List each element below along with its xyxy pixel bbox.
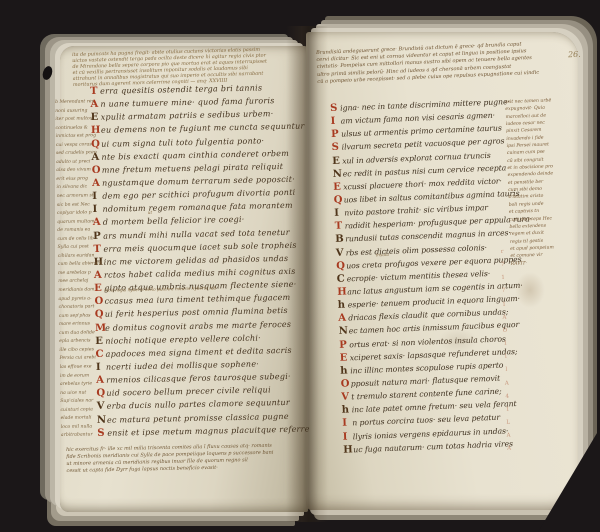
verse-text: erra quesitis ostendit terga bri tannis — [100, 83, 262, 95]
left-margin-gloss: b Merendant rexnoni ausuringiter post mu… — [55, 98, 108, 441]
verse-text: erra meis quocumque iacet sub sole troph… — [103, 240, 296, 253]
verse-initial: V — [341, 392, 349, 403]
interlinear-gloss: insula — [376, 253, 389, 258]
verse-initial: T — [90, 86, 98, 97]
gloss-line: cum bella abierunt — [58, 261, 105, 270]
margin-mark: L — [502, 417, 514, 431]
verse-initial: S — [330, 103, 338, 114]
margin-mark: A — [498, 311, 510, 325]
parchment-stain — [515, 272, 545, 308]
margin-mark: 7 — [496, 259, 508, 273]
verse-text: ars mundi mihi nulla vacat sed tota tene… — [103, 227, 290, 240]
verse-initial: E — [333, 181, 341, 192]
verse-initial: B — [335, 234, 343, 245]
verse-text: d mortem bella felicior ire coegi· — [103, 215, 245, 227]
verse-initial: E — [332, 155, 340, 166]
gutter-shadow — [286, 26, 328, 522]
margin-mark: 1 — [498, 298, 510, 312]
gloss-line: arbitrabantur — [61, 431, 108, 440]
verse-initial: N — [333, 168, 341, 179]
verse-text: e domitus cognovit arabs me marte feroce… — [105, 319, 291, 332]
verse-text: ui cum signa tuli toto fulgentia ponto· — [101, 136, 264, 148]
interlinear-gloss: ut — [148, 211, 153, 216]
verse-text: rmenios cilicasque feros taurosque subeg… — [106, 372, 291, 385]
manuscript-photo: ita de puincats ha pugna fregit· abite o… — [0, 0, 600, 532]
verse-initial: V — [336, 247, 344, 258]
verse-initial: Q — [336, 260, 344, 271]
verse-text: n uane tumuere mine· quod fama furoris — [100, 96, 274, 109]
parchment-stain — [438, 328, 478, 354]
verse-initial: C — [337, 273, 345, 284]
margin-mark: A — [502, 430, 514, 444]
left-verse-column: ut dicit regis hyberis bello pulchre mau… — [90, 81, 319, 440]
verse-initial: I — [342, 418, 350, 429]
margin-mark: 1 — [497, 272, 509, 286]
verse-text: ec matura petunt promisse classica pugne — [107, 411, 289, 424]
gloss-line: inmictas est prog — [56, 132, 103, 141]
verse-text: ndomitum regem romanaque fata morantem — [102, 201, 292, 214]
verse-initial: E — [340, 352, 348, 363]
margin-mark: r — [496, 246, 508, 260]
verse-initial: I — [334, 208, 342, 219]
verse-text: uid socero bellum precer civile reliqui — [106, 386, 271, 398]
margin-mark: O — [499, 324, 511, 338]
verse-initial: h — [338, 300, 346, 311]
margin-mark: 7 — [497, 285, 509, 299]
verse-text: ngustamque domum terrarum sede poposcit· — [102, 175, 295, 188]
verse-text: erba ducis nullo partes clamore sequuntu… — [107, 398, 290, 411]
verse-text: nte bis exacti quam cinthia conderet orb… — [101, 149, 289, 162]
verse-initial: I — [331, 116, 339, 127]
edge-clip-mark — [41, 65, 54, 81]
verse-initial: P — [339, 339, 347, 350]
margin-mark: A — [503, 443, 515, 457]
verse-text: inc me victorem gelidas ad phasidos unda… — [104, 254, 289, 267]
verse-initial: P — [331, 129, 339, 140]
verse-text: niochi notique erepto vellere colchi· — [105, 333, 261, 345]
verse-text: rctos habet calida medius mihi cognitus … — [104, 267, 296, 280]
verse-initial: H — [343, 444, 351, 455]
verse-initial: O — [341, 378, 349, 389]
verse-initial: h — [340, 365, 348, 376]
verse-text: dem ego per scithici profugum divortia p… — [102, 188, 295, 201]
margin-mark: A — [501, 377, 513, 391]
margin-mark: l — [500, 364, 512, 378]
verse-text: ensit et ipse metum magnus placuitque re… — [107, 424, 310, 437]
margin-mark: l — [500, 351, 512, 365]
verse-initial: S — [332, 142, 340, 153]
verse-text: mne fretum metuens pelagi pirata reliqui… — [102, 162, 284, 175]
verse-text: xpulit armatam patriis e sedibus urbem· — [101, 109, 274, 122]
verse-text: ccasus mea iura timent tethimque fugacem — [104, 293, 290, 306]
margin-mark: 4 — [501, 390, 513, 404]
left-bottom-gloss: hic exercitus fr· ille xc mil milia tris… — [66, 442, 313, 475]
verse-text: ncerti iudea dei mollisque sophene· — [106, 359, 259, 371]
folio-number: 26. — [568, 50, 581, 59]
verse-initial: h — [342, 405, 350, 416]
right-margin-gloss: ssit nec tamen urbēexpugnavit· Quiamarce… — [505, 97, 569, 268]
verse-initial: N — [339, 326, 347, 337]
verse-text: ui ferit hesperius post omnia flumina be… — [105, 306, 288, 319]
verse-initial: A — [338, 313, 346, 324]
margin-mark: 1 — [502, 403, 514, 417]
verse-initial: H — [337, 287, 345, 298]
verse-initial: Q — [334, 195, 342, 206]
verse-initial: I — [343, 431, 351, 442]
margin-mark: 1 — [499, 338, 511, 352]
verse-initial: T — [335, 221, 343, 232]
verse-text: eu demens non te fugiunt me cuncta sequu… — [101, 122, 305, 135]
gloss-line: sed crudelis pcep — [56, 149, 103, 158]
verse-text: apadoces mea signa timent et dedita sacr… — [106, 346, 292, 359]
